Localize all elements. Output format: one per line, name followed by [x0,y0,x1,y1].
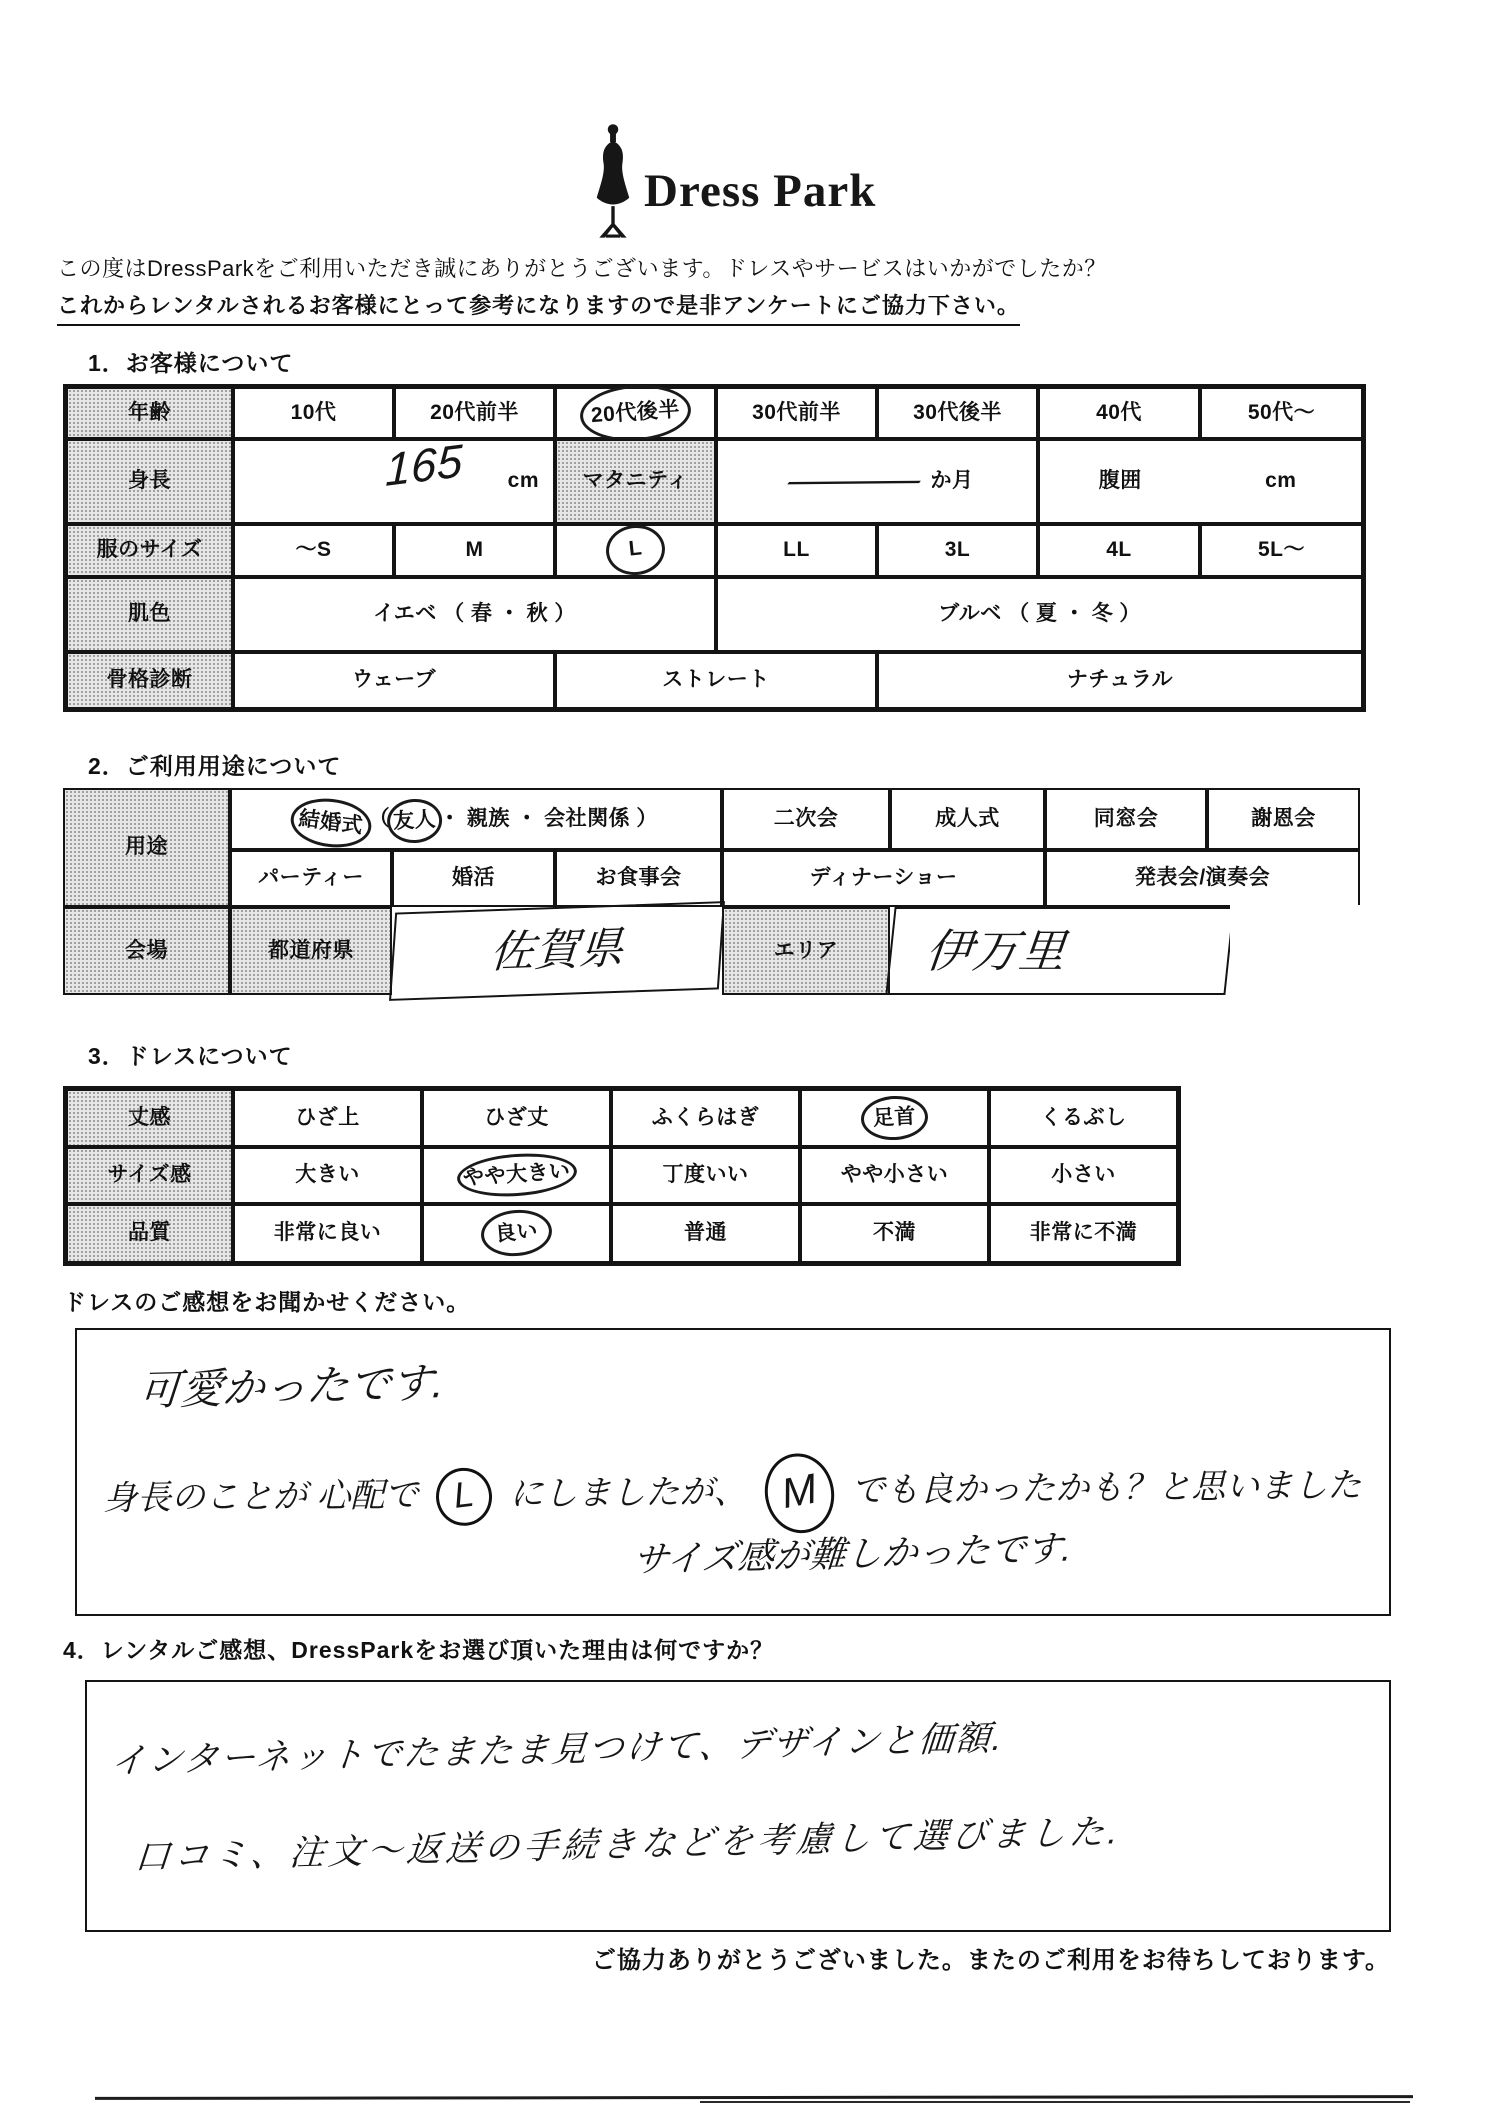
purpose-option: 婚活 [392,850,555,907]
reason-line-1: インターネットでたまたま見つけて、デザインと価額. [109,1711,1006,1785]
age-option: 50代～ [1200,387,1363,439]
hand-circle-mark: 足首 [860,1094,929,1142]
length-option: くるぶし [989,1089,1178,1147]
hand-circle-mark: やや大きい [455,1150,577,1200]
frame-label: 骨格診断 [66,652,233,709]
size-option: 3L [877,524,1038,577]
dress-form-icon [592,122,634,247]
purpose-label: 用途 [63,788,230,907]
customer-table: 年齢 10代 20代前半 20代後半 30代前半 30代後半 40代 50代～ … [63,384,1366,712]
height-value-cell: 165 cm [233,439,555,524]
purpose-option: 成人式 [890,788,1045,850]
age-option: 30代前半 [716,387,877,439]
reason-box: インターネットでたまたま見つけて、デザインと価額. 口コミ、注文〜返送の手続きな… [85,1680,1391,1932]
area-label: エリア [722,907,890,995]
dress-feedback-prompt: ドレスのご感想をお聞かせください。 [63,1284,470,1317]
purpose-wedding-cell: 結婚式（ 友人 ・ 親族 ・ 会社関係 ） [230,788,722,850]
size-label: 服のサイズ [66,524,233,577]
frame-option: ウェーブ [233,652,555,709]
length-option-selected: 足首 [800,1089,989,1147]
age-option: 10代 [233,387,394,439]
reason-line-2: 口コミ、注文〜返送の手続きなどを考慮して選びました. [133,1804,1124,1880]
scan-edge-line [95,2095,1413,2100]
feedback-line2-post: でも良かったかも？と思いました [851,1466,1361,1509]
prefecture-handwritten-value: 佐賀県 [389,901,725,1001]
hand-circle-mark: L [603,522,667,578]
length-option: ひざ上 [233,1089,422,1147]
waist-label: 腹囲 [1040,469,1201,493]
quality-option: 普通 [611,1204,800,1263]
hand-circle-mark: 友人 [386,798,443,845]
hand-circle-mark: M [758,1448,841,1539]
table-open-corner [1230,905,1364,999]
hand-circle-mark: 良い [479,1207,554,1259]
skin-option: ブルベ （ 夏 ・ 冬 ） [716,577,1363,652]
section4-heading: 4．レンタルご感想、DressParkをお選び頂いた理由は何ですか？ [63,1632,774,1665]
length-label: 丈感 [66,1089,233,1147]
skin-option: イエベ （ 春 ・ 秋 ） [233,577,716,652]
maternity-label: マタニティ [555,439,716,524]
fit-label: サイズ感 [66,1147,233,1204]
hand-circle-mark: 20代後半 [578,381,693,445]
fit-option: やや小さい [800,1147,989,1204]
purpose-option: お食事会 [555,850,722,907]
quality-option: 非常に不満 [989,1204,1178,1263]
feedback-line2-mid: にしましたが、 [509,1473,747,1513]
size-option: 5L～ [1200,524,1363,577]
months-dash-mark: — [781,468,931,496]
length-option: ふくらはぎ [611,1089,800,1147]
section2-heading: 2．ご利用用途について [88,748,341,781]
quality-label: 品質 [66,1204,233,1263]
feedback-line-2: 身長のことが 心配で L にしましたが、 M でも良かったかも？と思いました [103,1447,1362,1540]
age-label: 年齢 [66,387,233,439]
length-option: ひざ丈 [422,1089,611,1147]
size-option-selected: L [555,524,716,577]
height-handwritten-value: 165 [385,434,464,497]
height-label: 身長 [66,439,233,524]
dress-table: 丈感 ひざ上 ひざ丈 ふくらはぎ 足首 くるぶし サイズ感 大きい やや大きい … [63,1086,1181,1266]
fit-option: 丁度いい [611,1147,800,1204]
age-option-selected: 20代後半 [555,387,716,439]
purpose-option: 謝恩会 [1207,788,1360,850]
size-option: LL [716,524,877,577]
intro-line-1: この度はDressParkをご利用いただき誠にありがとうございます。ドレスやサー… [57,252,1107,283]
quality-option: 不満 [800,1204,989,1263]
purpose-option: 同窓会 [1045,788,1207,850]
hand-circle-mark: L [433,1465,495,1529]
frame-option: ストレート [555,652,877,709]
section1-heading: 1．お客様について [88,345,293,378]
quality-option-selected: 良い [422,1204,611,1263]
intro-line-2: これからレンタルされるお客様にとって参考になりますので是非アンケートにご協力下さ… [57,289,1020,326]
fit-option-selected: やや大きい [422,1147,611,1204]
age-option: 30代後半 [877,387,1038,439]
waist-unit: cm [1201,469,1362,493]
months-label: か月 [931,469,974,493]
quality-option: 非常に良い [233,1204,422,1263]
wedding-rest: ・ 親族 ・ 会社関係 ） [439,807,658,831]
logo: Dress Park [592,122,876,247]
hand-circle-mark: 結婚式 [288,794,374,852]
section3-heading: 3．ドレスについて [88,1038,293,1071]
maternity-months-cell: — か月 [716,439,1038,524]
area-handwritten-value: 伊万里 [885,907,1234,995]
feedback-line-3: サイズ感が難しかったです. [631,1520,1074,1583]
size-option: 4L [1038,524,1200,577]
venue-label: 会場 [63,907,230,995]
waist-cell: 腹囲 cm [1038,439,1363,524]
purpose-option: 二次会 [722,788,890,850]
feedback-line2-pre: 身長のことが 心配で [103,1476,419,1517]
height-unit: cm [508,469,539,493]
skin-label: 肌色 [66,577,233,652]
dress-feedback-box: 可愛かったです. 身長のことが 心配で L にしましたが、 M でも良かったかも… [75,1328,1391,1616]
purpose-option: ディナーショー [722,850,1045,907]
size-option: M [394,524,555,577]
prefecture-label: 都道府県 [230,907,392,995]
fit-option: 小さい [989,1147,1178,1204]
frame-option: ナチュラル [877,652,1363,709]
scan-edge-line [700,2101,1410,2103]
purpose-option: パーティー [230,850,392,907]
fit-option: 大きい [233,1147,422,1204]
brand-name: Dress Park [644,164,876,218]
size-option: ～S [233,524,394,577]
age-option: 40代 [1038,387,1200,439]
usage-table: 用途 結婚式（ 友人 ・ 親族 ・ 会社関係 ） 二次会 成人式 同窓会 謝恩会… [63,788,1360,995]
footer-thanks: ご協力ありがとうございました。またのご利用をお待ちしております。 [0,1940,1390,1975]
age-option: 20代前半 [394,387,555,439]
purpose-option: 発表会/演奏会 [1045,850,1360,907]
feedback-line-1: 可愛かったです. [137,1350,447,1418]
